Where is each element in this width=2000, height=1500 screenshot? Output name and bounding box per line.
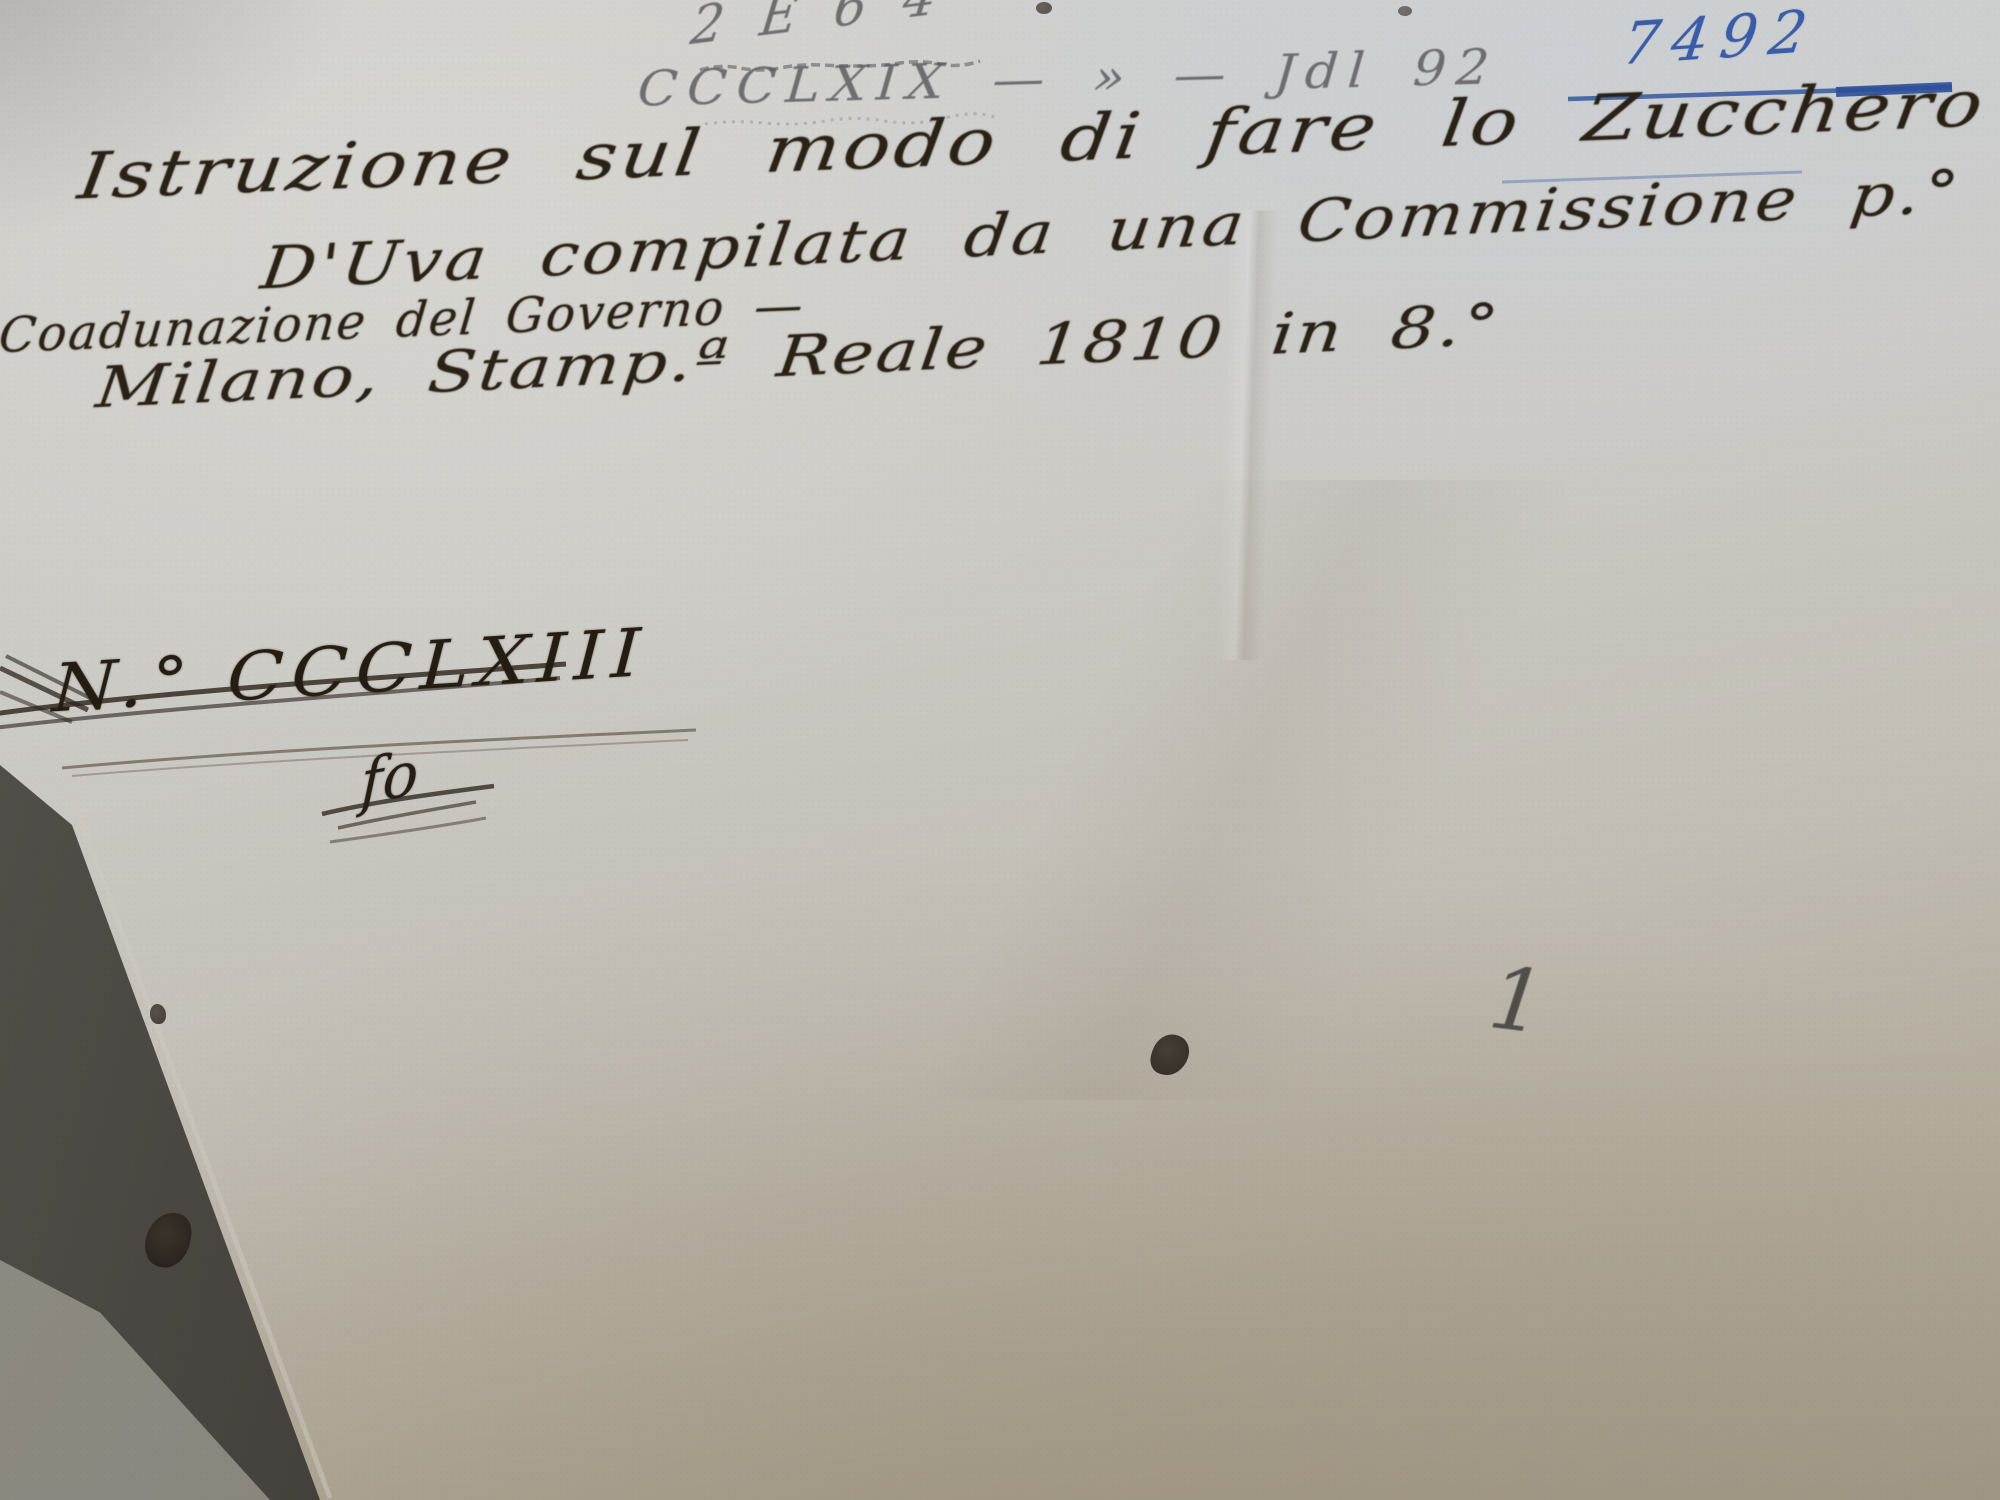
page-number: 1 — [1484, 948, 1550, 1054]
paper-speck — [150, 1004, 166, 1024]
ink-dot — [1036, 2, 1052, 14]
table-speck — [141, 1208, 196, 1272]
diagonal-crease — [520, 480, 1920, 1100]
ink-dot — [1398, 6, 1412, 16]
cancelled-scribble: fo — [360, 738, 420, 820]
paper-speck — [1146, 1029, 1193, 1080]
scribble-underline — [330, 818, 486, 842]
pencil-shelfmark: 2 E 6 4 — [687, 0, 949, 57]
blue-accession-number: 7492 — [1618, 0, 1823, 79]
paper-edge-highlight — [70, 790, 330, 1498]
cancelled-shelfmark: N.° CCCLXIII — [51, 614, 650, 728]
manuscript-photo: 2 E 6 4 CCCLXIX — » — Jdl 92 7492 Istruz… — [0, 0, 2000, 1500]
vertical-crease — [1214, 209, 1278, 660]
